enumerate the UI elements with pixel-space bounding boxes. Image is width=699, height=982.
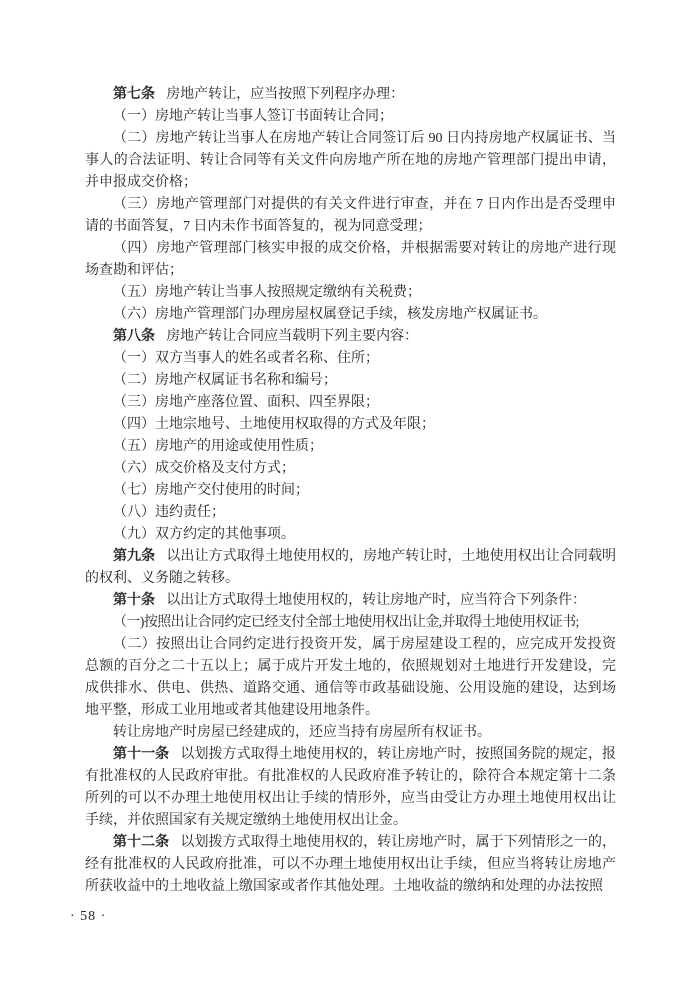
article-number: 第十一条 (113, 747, 169, 762)
document-body: 第七条房地产转让，应当按照下列程序办理：（一）房地产转让当事人签订书面转让合同；… (85, 84, 616, 898)
paragraph: （四）土地宗地号、土地使用权取得的方式及年限； (85, 414, 616, 436)
paragraph: （五）房地产转让当事人按照规定缴纳有关税费； (85, 282, 616, 304)
paragraph: 第十条以出让方式取得土地使用权的，转让房地产时，应当符合下列条件： (85, 590, 616, 612)
paragraph: 第十二条以划拨方式取得土地使用权的，转让房地产时，属于下列情形之一的，经有批准权… (85, 832, 616, 898)
paragraph: （八）违约责任； (85, 502, 616, 524)
paragraph: 第七条房地产转让，应当按照下列程序办理： (85, 84, 616, 106)
document-page: 第七条房地产转让，应当按照下列程序办理：（一）房地产转让当事人签订书面转让合同；… (0, 0, 699, 982)
page-number: · 58 · (70, 906, 106, 928)
paragraph: （二）房地产转让当事人在房地产转让合同签订后 90 日内持房地产权属证书、当事人… (85, 128, 616, 194)
article-number: 第七条 (113, 87, 155, 102)
paragraph: （一)按照出让合同约定已经支付全部土地使用权出让金,并取得土地使用权证书; (85, 612, 616, 634)
article-number: 第十条 (113, 593, 155, 608)
paragraph: （一）房地产转让当事人签订书面转让合同； (85, 106, 616, 128)
article-number: 第八条 (113, 329, 155, 344)
paragraph: （四）房地产管理部门核实申报的成交价格，并根据需要对转让的房地产进行现场查勘和评… (85, 238, 616, 282)
paragraph: （三）房地产管理部门对提供的有关文件进行审查，并在 7 日内作出是否受理申请的书… (85, 194, 616, 238)
paragraph: 第八条房地产转让合同应当载明下列主要内容： (85, 326, 616, 348)
paragraph: （六）房地产管理部门办理房屋权属登记手续，核发房地产权属证书。 (85, 304, 616, 326)
paragraph: 第十一条以划拨方式取得土地使用权的，转让房地产时，按照国务院的规定，报有批准权的… (85, 744, 616, 832)
paragraph: （五）房地产的用途或使用性质； (85, 436, 616, 458)
paragraph: （三）房地产座落位置、面积、四至界限； (85, 392, 616, 414)
paragraph: （九）双方约定的其他事项。 (85, 524, 616, 546)
paragraph: （二）按照出让合同约定进行投资开发，属于房屋建设工程的，应完成开发投资总额的百分… (85, 634, 616, 722)
paragraph: （七）房地产交付使用的时间； (85, 480, 616, 502)
paragraph: （一）双方当事人的姓名或者名称、住所； (85, 348, 616, 370)
paragraph: 第九条以出让方式取得土地使用权的，房地产转让时，土地使用权出让合同载明的权利、义… (85, 546, 616, 590)
paragraph: 转让房地产时房屋已经建成的，还应当持有房屋所有权证书。 (85, 722, 616, 744)
paragraph: （二）房地产权属证书名称和编号； (85, 370, 616, 392)
article-number: 第九条 (113, 549, 155, 564)
article-number: 第十二条 (113, 835, 169, 850)
paragraph: （六）成交价格及支付方式； (85, 458, 616, 480)
